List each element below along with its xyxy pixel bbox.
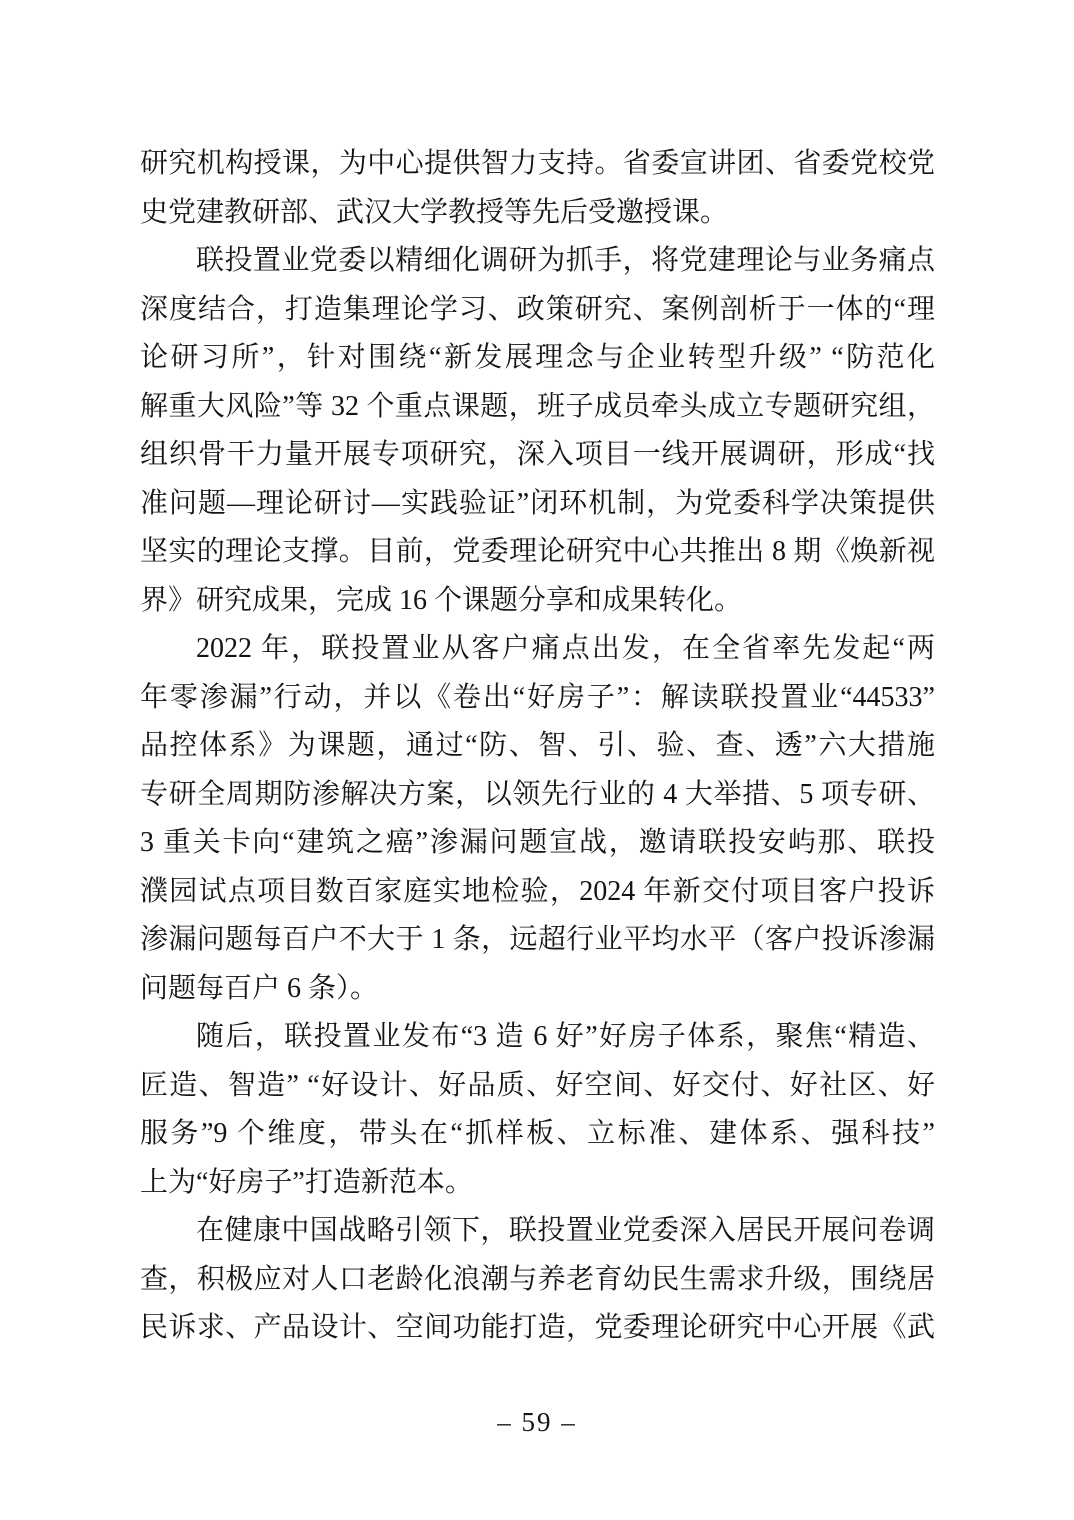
text-line: 2022 年，联投置业从客户痛点出发，在全省率先发起“两 <box>140 625 935 674</box>
text-line: 在健康中国战略引领下，联投置业党委深入居民开展问卷调 <box>140 1207 935 1256</box>
text-line: 渗漏问题每百户不大于 1 条，远超行业平均水平（客户投诉渗漏 <box>140 916 935 965</box>
text-line: 联投置业党委以精细化调研为抓手，将党建理论与业务痛点 <box>140 237 935 286</box>
text-line: 准问题—理论研讨—实践验证”闭环机制，为党委科学决策提供 <box>140 480 935 529</box>
text-line: 3 重关卡向“建筑之癌”渗漏问题宣战，邀请联投安屿那、联投 <box>140 819 935 868</box>
text-line: 匠造、智造” “好设计、好品质、好空间、好交付、好社区、好 <box>140 1062 935 1111</box>
page-number: – 59 – <box>497 1407 577 1437</box>
text-line: 专研全周期防渗解决方案，以领先行业的 4 大举措、5 项专研、 <box>140 771 935 820</box>
text-line: 解重大风险”等 32 个重点课题，班子成员牵头成立专题研究组， <box>140 383 935 432</box>
text-line: 深度结合，打造集理论学习、政策研究、案例剖析于一体的“理 <box>140 286 935 335</box>
text-line: 上为“好房子”打造新范本。 <box>140 1159 935 1208</box>
text-line: 坚实的理论支撑。目前，党委理论研究中心共推出 8 期《焕新视 <box>140 528 935 577</box>
text-line: 濮园试点项目数百家庭实地检验，2024 年新交付项目客户投诉 <box>140 868 935 917</box>
text-line: 研究机构授课，为中心提供智力支持。省委宣讲团、省委党校党 <box>140 140 935 189</box>
document-page: 研究机构授课，为中心提供智力支持。省委宣讲团、省委党校党 史党建教研部、武汉大学… <box>0 0 1074 1520</box>
text-line: 随后，联投置业发布“3 造 6 好”好房子体系，聚焦“精造、 <box>140 1013 935 1062</box>
text-line: 论研习所”，针对围绕“新发展理念与企业转型升级” “防范化 <box>140 334 935 383</box>
text-line: 品控体系》为课题，通过“防、智、引、验、查、透”六大措施 <box>140 722 935 771</box>
text-line: 组织骨干力量开展专项研究，深入项目一线开展调研，形成“找 <box>140 431 935 480</box>
page-footer: – 59 – <box>0 1404 1074 1440</box>
text-line: 史党建教研部、武汉大学教授等先后受邀授课。 <box>140 189 935 238</box>
text-line: 民诉求、产品设计、空间功能打造，党委理论研究中心开展《武 <box>140 1304 935 1353</box>
text-line: 问题每百户 6 条）。 <box>140 965 935 1014</box>
text-line: 年零渗漏”行动，并以《卷出“好房子”：解读联投置业“44533” <box>140 674 935 723</box>
text-line: 查，积极应对人口老龄化浪潮与养老育幼民生需求升级，围绕居 <box>140 1256 935 1305</box>
document-body: 研究机构授课，为中心提供智力支持。省委宣讲团、省委党校党 史党建教研部、武汉大学… <box>140 140 935 1353</box>
text-line: 界》研究成果，完成 16 个课题分享和成果转化。 <box>140 577 935 626</box>
text-line: 服务”9 个维度，带头在“抓样板、立标准、建体系、强科技” <box>140 1110 935 1159</box>
